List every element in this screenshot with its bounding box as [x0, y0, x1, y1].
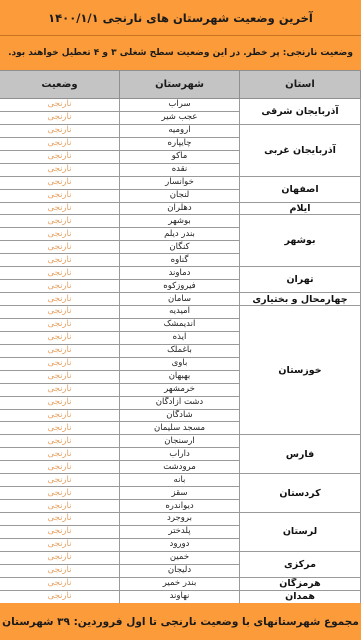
city-cell: بهبهان [120, 370, 240, 383]
status-cell: نارنجی [0, 241, 120, 254]
status-cell: نارنجی [0, 99, 120, 112]
status-cell: نارنجی [0, 538, 120, 551]
status-cell: نارنجی [0, 577, 120, 590]
city-cell: کنگان [120, 241, 240, 254]
status-cell: نارنجی [0, 551, 120, 564]
status-cell: نارنجی [0, 137, 120, 150]
city-cell: بوشهر [120, 215, 240, 228]
city-cell: سامان [120, 293, 240, 306]
province-cell: همدان [240, 590, 361, 603]
table-row: همداننهاوندنارنجی [0, 590, 361, 603]
city-cell: سقز [120, 487, 240, 500]
table-row: اصفهانخوانسارنارنجی [0, 176, 361, 189]
status-cell: نارنجی [0, 124, 120, 137]
header-city: شهرستان [120, 71, 240, 99]
city-cell: دیواندره [120, 500, 240, 513]
city-cell: دلیجان [120, 564, 240, 577]
table-header-row: استان شهرستان وضعیت [0, 71, 361, 99]
province-cell: لرستان [240, 513, 361, 552]
province-cell: هرمزگان [240, 577, 361, 590]
status-cell: نارنجی [0, 215, 120, 228]
table-row: کردستانبانهنارنجی [0, 474, 361, 487]
orange-cities-table: استان شهرستان وضعیت آذربایجان شرقیسرابنا… [0, 70, 361, 604]
status-cell: نارنجی [0, 254, 120, 267]
city-cell: چایپاره [120, 137, 240, 150]
city-cell: اندیمشک [120, 318, 240, 331]
city-cell: لنجان [120, 189, 240, 202]
table-row: بوشهربوشهرنارنجی [0, 215, 361, 228]
table-row: آذربایجان شرقیسرابنارنجی [0, 99, 361, 112]
status-cell: نارنجی [0, 293, 120, 306]
province-cell: چهارمحال و بختیاری [240, 293, 361, 306]
city-cell: امیدیه [120, 306, 240, 319]
table-row: ایلامدهلراننارنجی [0, 202, 361, 215]
city-cell: عجب شیر [120, 111, 240, 124]
city-cell: پلدختر [120, 525, 240, 538]
table-row: تهراندماوندنارنجی [0, 267, 361, 280]
city-cell: نهاوند [120, 590, 240, 603]
province-cell: اصفهان [240, 176, 361, 202]
city-cell: دهلران [120, 202, 240, 215]
status-cell: نارنجی [0, 448, 120, 461]
status-cell: نارنجی [0, 500, 120, 513]
city-cell: ارومیه [120, 124, 240, 137]
table-body: آذربایجان شرقیسرابنارنجیعجب شیرنارنجیآذر… [0, 99, 361, 604]
city-cell: باوی [120, 357, 240, 370]
page-title: آخرین وضعیت شهرستان های نارنجی ۱۴۰۰/۱/۱ [0, 0, 361, 36]
status-cell: نارنجی [0, 228, 120, 241]
city-cell: خوانسار [120, 176, 240, 189]
status-cell: نارنجی [0, 318, 120, 331]
city-cell: باغملک [120, 344, 240, 357]
city-cell: بندر دیلم [120, 228, 240, 241]
status-cell: نارنجی [0, 513, 120, 526]
status-cell: نارنجی [0, 435, 120, 448]
city-cell: خمین [120, 551, 240, 564]
city-cell: دماوند [120, 267, 240, 280]
status-cell: نارنجی [0, 150, 120, 163]
status-cell: نارنجی [0, 163, 120, 176]
status-cell: نارنجی [0, 564, 120, 577]
city-cell: شادگان [120, 409, 240, 422]
city-cell: بانه [120, 474, 240, 487]
province-cell: آذربایجان شرقی [240, 99, 361, 125]
table-row: چهارمحال و بختیاریساماننارنجی [0, 293, 361, 306]
city-cell: داراب [120, 448, 240, 461]
province-cell: فارس [240, 435, 361, 474]
status-cell: نارنجی [0, 370, 120, 383]
table-row: خوزستانامیدیهنارنجی [0, 306, 361, 319]
province-cell: آذربایجان غربی [240, 124, 361, 176]
status-cell: نارنجی [0, 461, 120, 474]
city-cell: دورود [120, 538, 240, 551]
header-province: استان [240, 71, 361, 99]
status-cell: نارنجی [0, 590, 120, 603]
status-cell: نارنجی [0, 357, 120, 370]
status-cell: نارنجی [0, 331, 120, 344]
page-subtitle: وضعیت نارنجی: پر خطر. در این وضعیت سطح ش… [0, 36, 361, 70]
table-row: لرستانبروجردنارنجی [0, 513, 361, 526]
city-cell: دشت آزادگان [120, 396, 240, 409]
city-cell: ایذه [120, 331, 240, 344]
header-status: وضعیت [0, 71, 120, 99]
province-cell: خوزستان [240, 306, 361, 435]
city-cell: بندر خمیر [120, 577, 240, 590]
status-cell: نارنجی [0, 487, 120, 500]
table-row: هرمزگانبندر خمیرنارنجی [0, 577, 361, 590]
city-cell: سراب [120, 99, 240, 112]
total-summary: مجموع شهرستانهای با وضعیت نارنجی تا اول … [0, 603, 361, 640]
province-cell: کردستان [240, 474, 361, 513]
status-cell: نارنجی [0, 267, 120, 280]
province-cell: مرکزی [240, 551, 361, 577]
city-cell: ارسنجان [120, 435, 240, 448]
city-cell: مرودشت [120, 461, 240, 474]
status-cell: نارنجی [0, 306, 120, 319]
status-cell: نارنجی [0, 189, 120, 202]
city-cell: ماکو [120, 150, 240, 163]
city-cell: خرمشهر [120, 383, 240, 396]
page: آخرین وضعیت شهرستان های نارنجی ۱۴۰۰/۱/۱ … [0, 0, 361, 640]
table-row: فارسارسنجاننارنجی [0, 435, 361, 448]
city-cell: نقده [120, 163, 240, 176]
status-cell: نارنجی [0, 111, 120, 124]
status-cell: نارنجی [0, 409, 120, 422]
status-cell: نارنجی [0, 344, 120, 357]
city-cell: فیروزکوه [120, 280, 240, 293]
city-cell: گناوه [120, 254, 240, 267]
province-cell: تهران [240, 267, 361, 293]
status-cell: نارنجی [0, 396, 120, 409]
city-cell: بروجرد [120, 513, 240, 526]
status-cell: نارنجی [0, 474, 120, 487]
status-cell: نارنجی [0, 280, 120, 293]
status-cell: نارنجی [0, 202, 120, 215]
status-cell: نارنجی [0, 383, 120, 396]
status-cell: نارنجی [0, 422, 120, 435]
table-row: آذربایجان غربیارومیهنارنجی [0, 124, 361, 137]
province-cell: ایلام [240, 202, 361, 215]
table-row: مرکزیخمیننارنجی [0, 551, 361, 564]
status-cell: نارنجی [0, 176, 120, 189]
province-cell: بوشهر [240, 215, 361, 267]
city-cell: مسجد سلیمان [120, 422, 240, 435]
status-cell: نارنجی [0, 525, 120, 538]
